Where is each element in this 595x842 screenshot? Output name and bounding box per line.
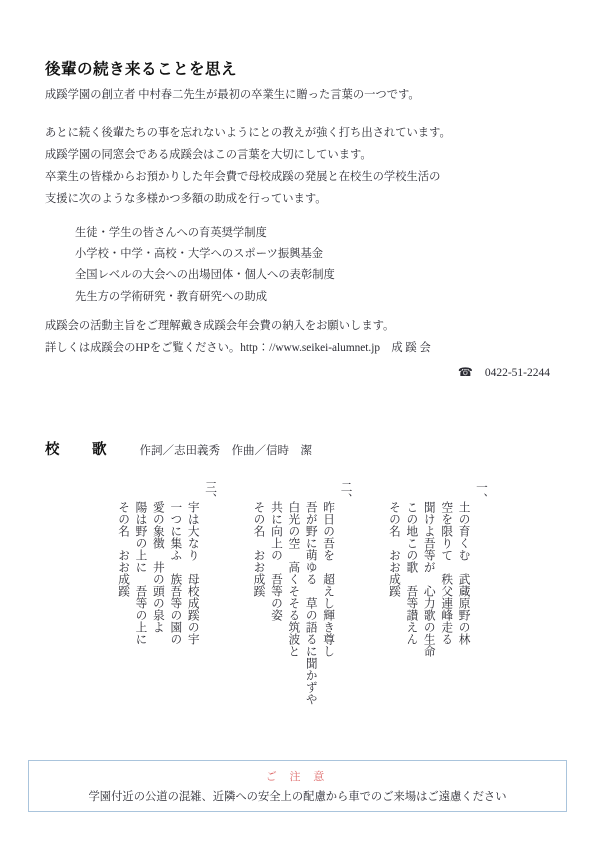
teaching-paragraph: あとに続く後輩たちの事を忘れないようにとの教えが強く打ち出されています。 成蹊学…	[45, 122, 451, 166]
verse-1: 一、 土の育くむ 武蔵原野の林 空を限りて 秩父連峰走る 聞けよ吾等が 心力歌の…	[386, 481, 490, 723]
closing-line-2: 詳しくは成蹊会のHPをご覧ください。http：//www.seikei-alum…	[45, 337, 431, 359]
grant-item: 小学校・中学・高校・大学へのスポーツ振興基金	[75, 244, 335, 265]
school-song-credits: 作詞／志田義秀 作曲／信時 潔	[140, 445, 313, 457]
telephone-icon: ☎	[458, 365, 473, 379]
verse-line: 聞けよ吾等が 心力歌の生命	[420, 481, 437, 723]
notice-box: ご 注 意 学園付近の公道の混雑、近隣への安全上の配慮から車でのご来場はご遠慮く…	[28, 760, 567, 812]
document-page: 後輩の続き来ることを思え 成蹊学園の創立者 中村春二先生が最初の卒業生に贈った言…	[0, 0, 595, 842]
notice-title: ご 注 意	[29, 768, 566, 784]
grant-item: 先生方の学術研究・教育研究への助成	[75, 287, 335, 308]
verse-line: その名 おお成蹊	[115, 481, 132, 723]
school-song-title: 校 歌	[45, 442, 116, 458]
verse-line: 宇は大なり 母校成蹊の宇	[184, 481, 201, 723]
fees-line-1: 卒業生の皆様からお預かりした年会費で母校成蹊の発展と在校生の学校生活の	[45, 166, 440, 188]
verse-line: 土の育くむ 武蔵原野の林	[455, 481, 472, 723]
closing-line-1: 成蹊会の活動主旨をご理解戴き成蹊会年会費の納入をお願いします。	[45, 315, 431, 337]
verse-line: その名 おお成蹊	[386, 481, 403, 723]
page-title: 後輩の続き来ることを思え	[45, 57, 237, 79]
grant-list: 生徒・学生の皆さんへの育英奨学制度 小学校・中学・高校・大学へのスポーツ振興基金…	[75, 223, 335, 308]
closing-paragraph: 成蹊会の活動主旨をご理解戴き成蹊会年会費の納入をお願いします。 詳しくは成蹊会の…	[45, 315, 431, 359]
verse-number: 三、	[202, 481, 219, 723]
verse-line: 陽は野の上に 吾等の上に	[132, 481, 149, 723]
verse-line: 愛の象徴 井の頭の泉よ	[150, 481, 167, 723]
verse-line: 昨日の吾を 超えし輝き尊し	[320, 481, 337, 723]
grant-item: 全国レベルの大会への出場団体・個人への表彰制度	[75, 265, 335, 286]
verse-line: この地この歌 吾等讃えん	[403, 481, 420, 723]
verse-number: 一、	[473, 481, 490, 723]
notice-body: 学園付近の公道の混雑、近隣への安全上の配慮から車でのご来場はご遠慮ください	[29, 788, 566, 804]
verse-line: 共に向上の 吾等の姿	[268, 481, 285, 723]
teaching-line-2: 成蹊学園の同窓会である成蹊会はこの言葉を大切にしています。	[45, 144, 451, 166]
verse-line: その名 おお成蹊	[250, 481, 267, 723]
fees-paragraph: 卒業生の皆様からお預かりした年会費で母校成蹊の発展と在校生の学校生活の 支援に次…	[45, 166, 440, 210]
verse-line: 空を限りて 秩父連峰走る	[438, 481, 455, 723]
verse-2: 二、 昨日の吾を 超えし輝き尊し 吾が野に萌ゆる 草の語るに聞かずや 白光の空 …	[250, 481, 354, 723]
phone-contact: ☎0422-51-2244	[458, 365, 550, 379]
intro-line: 成蹊学園の創立者 中村春二先生が最初の卒業生に贈った言葉の一つです。	[45, 84, 420, 106]
verse-number: 二、	[337, 481, 354, 723]
phone-number: 0422-51-2244	[485, 367, 550, 379]
verse-3: 三、 宇は大なり 母校成蹊の宇 一つに集ふ 族吾等の園の 愛の象徴 井の頭の泉よ…	[115, 481, 219, 723]
verse-line: 白光の空 高くそそる筑波と	[285, 481, 302, 723]
school-song-header: 校 歌作詞／志田義秀 作曲／信時 潔	[45, 438, 312, 459]
teaching-line-1: あとに続く後輩たちの事を忘れないようにとの教えが強く打ち出されています。	[45, 122, 451, 144]
fees-line-2: 支援に次のような多様かつ多額の助成を行っています。	[45, 188, 440, 210]
grant-item: 生徒・学生の皆さんへの育英奨学制度	[75, 223, 335, 244]
intro-paragraph: 成蹊学園の創立者 中村春二先生が最初の卒業生に贈った言葉の一つです。	[45, 84, 420, 106]
school-song-lyrics: 一、 土の育くむ 武蔵原野の林 空を限りて 秩父連峰走る 聞けよ吾等が 心力歌の…	[110, 481, 490, 723]
verse-line: 吾が野に萌ゆる 草の語るに聞かずや	[302, 481, 319, 723]
verse-line: 一つに集ふ 族吾等の園の	[167, 481, 184, 723]
